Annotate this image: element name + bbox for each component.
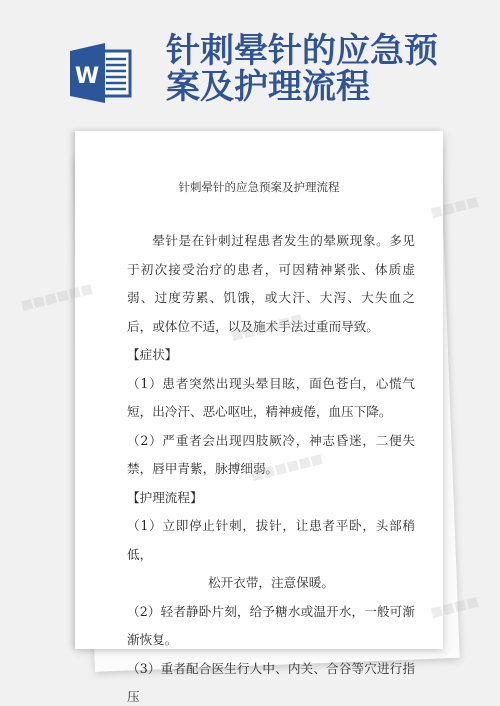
document-page: 针刺晕针的应急预案及护理流程 晕针是在针刺过程患者发生的晕厥现象。多见于初次接受… — [75, 131, 443, 649]
intro-paragraph: 晕针是在针刺过程患者发生的晕厥现象。多见于初次接受治疗的患者，可因精神紧张、体质… — [127, 227, 415, 341]
symptom-item-1: （1）患者突然出现头晕目眩，面色苍白，心慌气短，出冷汗、恶心呕吐，精神疲倦，血压… — [127, 370, 415, 427]
section-heading-nursing: 【护理流程】 — [127, 484, 415, 513]
nursing-item-2: （2）轻者静卧片刻，给予糖水或温开水，一般可渐渐恢复。 — [127, 598, 415, 655]
section-heading-symptoms: 【症状】 — [127, 341, 415, 370]
banner-title-line-2: 案及护理流程 — [166, 69, 370, 105]
banner-title-line-1: 针刺晕针的应急预 — [166, 33, 438, 69]
svg-text:W: W — [75, 64, 99, 89]
header: W 针刺晕针的应急预 案及护理流程 — [0, 0, 500, 125]
nursing-item-3: （3）重者配合医生行人中、内关、合谷等穴进行指压 — [127, 655, 415, 706]
document-title: 针刺晕针的应急预案及护理流程 — [75, 179, 443, 195]
word-document-icon: W — [70, 43, 133, 103]
document-body: 晕针是在针刺过程患者发生的晕厥现象。多见于初次接受治疗的患者，可因精神紧张、体质… — [127, 227, 415, 706]
nursing-item-1-cont: 松开衣带，注意保暖。 — [127, 569, 415, 598]
nursing-item-1: （1）立即停止针刺，拔针，让患者平卧，头部稍低， — [127, 512, 415, 569]
symptom-item-2: （2）严重者会出现四肢厥冷，神志昏迷，二便失禁，唇甲青紫，脉搏细弱。 — [127, 427, 415, 484]
